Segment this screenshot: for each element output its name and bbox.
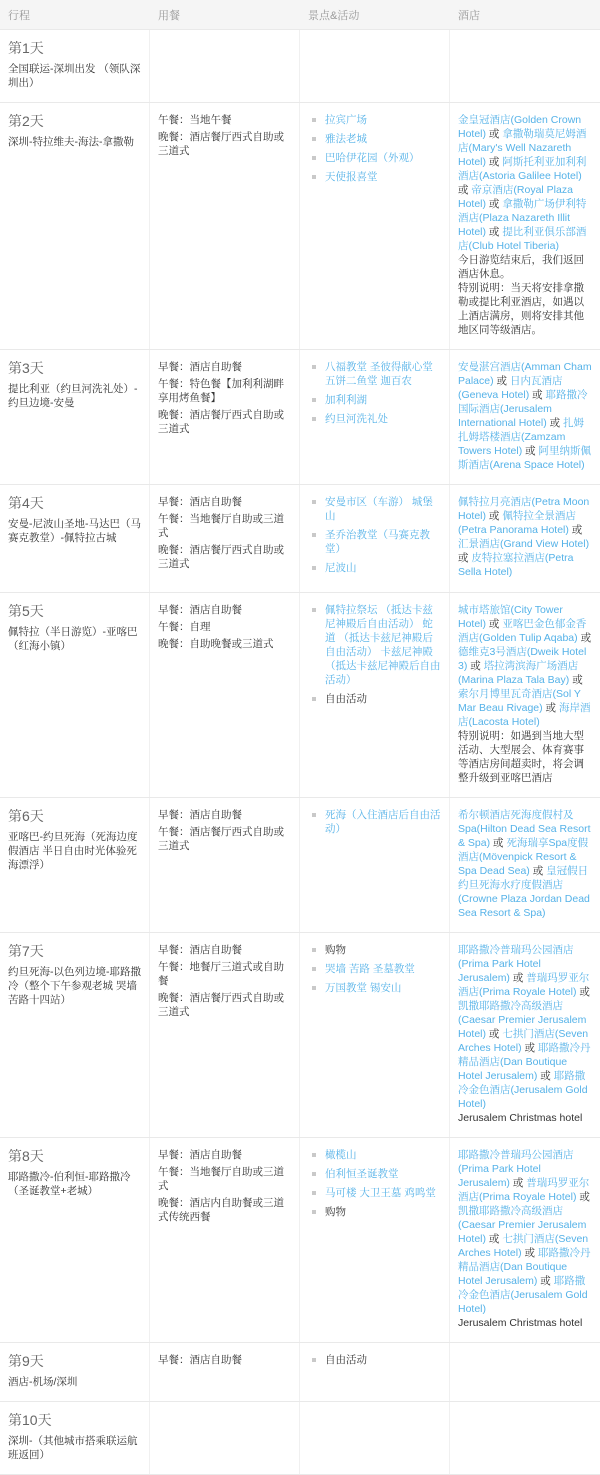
sight-link[interactable]: 哭墙 苦路 圣墓教堂 [325, 962, 441, 976]
sights-cell: 购物哭墙 苦路 圣墓教堂万国教堂 锡安山 [300, 933, 450, 1137]
itinerary-table: 行程 用餐 景点&活动 酒店 第1天 全国联运-深圳出发 （领队深圳出） 第2天… [0, 0, 600, 1475]
sights-cell [300, 30, 450, 102]
meal-line: 午餐：当地餐厅自助或三道式 [158, 512, 291, 540]
sight-link[interactable]: 死海（入住酒店后自由活动） [325, 808, 441, 836]
day-route: 深圳-（其他城市搭乘联运航班返回） [8, 1434, 141, 1462]
bullet-square-icon [312, 1172, 316, 1176]
sights-cell [300, 1402, 450, 1474]
hotel-text: 或 [458, 552, 471, 564]
bullet-square-icon [312, 697, 316, 701]
meals-cell: 早餐：酒店自助餐午餐：当地餐厅自助或三道式晚餐：酒店餐厅西式自助或三道式 [150, 485, 300, 592]
sight-text: 自由活动 [325, 692, 441, 706]
sight-item: 自由活动 [308, 692, 441, 706]
itinerary-day-row: 第10天 深圳-（其他城市搭乘联运航班返回） [0, 1402, 600, 1474]
sight-link[interactable]: 雅法老城 [325, 132, 441, 146]
day-label: 第9天 [8, 1354, 141, 1368]
bullet-square-icon [312, 986, 316, 990]
hotel-text: Jerusalem Christmas hotel [458, 1112, 582, 1124]
hotel-text: 特别说明：如遇到当地大型活动、大型展会、体育赛事等酒店房间超卖时，将会调整升级到… [458, 730, 584, 784]
sight-item: 伯利恒圣诞教堂 [308, 1167, 441, 1181]
sight-item: 万国教堂 锡安山 [308, 981, 441, 995]
day-route: 佩特拉（半日游览）-亚喀巴（红海小镇） [8, 625, 141, 653]
meal-line: 晚餐：酒店餐厅西式自助或三道式 [158, 991, 291, 1019]
itinerary-day-row: 第5天 佩特拉（半日游览）-亚喀巴（红海小镇） 早餐：酒店自助餐午餐：自理晚餐：… [0, 593, 600, 798]
sight-item: 加利利湖 [308, 393, 441, 407]
hotel-text: 或 [486, 198, 502, 210]
hotel-text: 或 [486, 1028, 502, 1040]
itinerary-cell: 第7天 约旦死海-以色列边境-耶路撒冷（整个下午参观老城 哭墙 苦路十四站） [0, 933, 150, 1137]
sight-item: 拉宾广场 [308, 113, 441, 127]
meal-line: 午餐：自理 [158, 620, 291, 634]
meal-line: 午餐：当地午餐 [158, 113, 291, 127]
day-label: 第3天 [8, 361, 141, 375]
meal-line: 早餐：酒店自助餐 [158, 1148, 291, 1162]
bullet-square-icon [312, 175, 316, 179]
itinerary-day-row: 第8天 耶路撒冷-伯利恒-耶路撒冷（圣诞教堂+老城） 早餐：酒店自助餐午餐：当地… [0, 1138, 600, 1343]
sight-item: 橄榄山 [308, 1148, 441, 1162]
bullet-square-icon [312, 566, 316, 570]
bullet-square-icon [312, 1358, 316, 1362]
sight-link[interactable]: 拉宾广场 [325, 113, 441, 127]
sight-item: 雅法老城 [308, 132, 441, 146]
sights-cell: 八福教堂 圣彼得献心堂 五饼二鱼堂 迦百农加利利湖约旦河洗礼处 [300, 350, 450, 484]
sight-link[interactable]: 安曼市区（车游） 城堡山 [325, 495, 441, 523]
meal-line: 晚餐：自助晚餐或三道式 [158, 637, 291, 651]
day-label: 第4天 [8, 496, 141, 510]
meal-line: 午餐：当地餐厅自助或三道式 [158, 1165, 291, 1193]
hotel-text: 或 [486, 510, 502, 522]
itinerary-rows: 第1天 全国联运-深圳出发 （领队深圳出） 第2天 深圳-特拉维夫-海法-拿撒勒… [0, 30, 600, 1474]
hotel-text: 或 [530, 865, 546, 877]
hotel-cell [450, 30, 600, 102]
hotel-cell: 耶路撒冷普瑞玛公园酒店(Prima Park Hotel Jerusalem) … [450, 933, 600, 1137]
sight-text: 购物 [325, 943, 441, 957]
sight-link[interactable]: 伯利恒圣诞教堂 [325, 1167, 441, 1181]
hotel-text: 或 [490, 837, 506, 849]
sight-item: 死海（入住酒店后自由活动） [308, 808, 441, 836]
hotel-text: 或 [510, 1177, 526, 1189]
itinerary-day-row: 第1天 全国联运-深圳出发 （领队深圳出） [0, 30, 600, 103]
bullet-square-icon [312, 813, 316, 817]
hotel-text: 或 [458, 184, 471, 196]
sight-item: 哭墙 苦路 圣墓教堂 [308, 962, 441, 976]
sight-link[interactable]: 万国教堂 锡安山 [325, 981, 441, 995]
sight-text: 购物 [325, 1205, 441, 1219]
itinerary-day-row: 第6天 亚喀巴-约旦死海（死海边度假酒店 半日自由时光体验死海漂浮） 早餐：酒店… [0, 798, 600, 933]
bullet-square-icon [312, 417, 316, 421]
sight-link[interactable]: 橄榄山 [325, 1148, 441, 1162]
sight-item: 八福教堂 圣彼得献心堂 五饼二鱼堂 迦百农 [308, 360, 441, 388]
day-label: 第2天 [8, 114, 141, 128]
itinerary-day-row: 第3天 提比利亚（约旦河洗礼处）-约旦边境-安曼 早餐：酒店自助餐午餐：特色餐【… [0, 350, 600, 485]
meals-cell [150, 1402, 300, 1474]
day-route: 耶路撒冷-伯利恒-耶路撒冷（圣诞教堂+老城） [8, 1170, 141, 1198]
meal-line: 午餐：酒店餐厅西式自助或三道式 [158, 825, 291, 853]
meal-line: 早餐：酒店自助餐 [158, 603, 291, 617]
itinerary-cell: 第5天 佩特拉（半日游览）-亚喀巴（红海小镇） [0, 593, 150, 797]
hotel-link[interactable]: 皮特拉塞拉酒店(Petra Sella Hotel) [458, 552, 574, 578]
itinerary-day-row: 第7天 约旦死海-以色列边境-耶路撒冷（整个下午参观老城 哭墙 苦路十四站） 早… [0, 933, 600, 1138]
itinerary-cell: 第1天 全国联运-深圳出发 （领队深圳出） [0, 30, 150, 102]
sight-link[interactable]: 圣乔治教堂（马赛克教堂） [325, 528, 441, 556]
sight-item: 巴哈伊花园（外观） [308, 151, 441, 165]
column-header-sights: 景点&活动 [300, 7, 450, 23]
itinerary-cell: 第6天 亚喀巴-约旦死海（死海边度假酒店 半日自由时光体验死海漂浮） [0, 798, 150, 932]
bullet-square-icon [312, 533, 316, 537]
sight-text: 自由活动 [325, 1353, 441, 1367]
itinerary-cell: 第3天 提比利亚（约旦河洗礼处）-约旦边境-安曼 [0, 350, 150, 484]
meals-cell: 早餐：酒店自助餐午餐：自理晚餐：自助晚餐或三道式 [150, 593, 300, 797]
meals-cell: 早餐：酒店自助餐午餐：酒店餐厅西式自助或三道式 [150, 798, 300, 932]
hotel-text: 或 [569, 674, 582, 686]
day-label: 第1天 [8, 41, 141, 55]
bullet-square-icon [312, 137, 316, 141]
sight-link[interactable]: 佩特拉祭坛 （抵达卡兹尼神殿后自由活动） 蛇道 （抵达卡兹尼神殿后自由活动） 卡… [325, 603, 441, 687]
meal-line: 晚餐：酒店餐厅西式自助或三道式 [158, 408, 291, 436]
itinerary-cell: 第9天 酒店-机场/深圳 [0, 1343, 150, 1401]
meals-cell: 早餐：酒店自助餐午餐：当地餐厅自助或三道式晚餐：酒店内自助餐或三道式传统西餐 [150, 1138, 300, 1342]
day-label: 第7天 [8, 944, 141, 958]
itinerary-cell: 第10天 深圳-（其他城市搭乘联运航班返回） [0, 1402, 150, 1474]
column-header-itinerary: 行程 [0, 7, 150, 23]
meal-line: 早餐：酒店自助餐 [158, 808, 291, 822]
itinerary-cell: 第8天 耶路撒冷-伯利恒-耶路撒冷（圣诞教堂+老城） [0, 1138, 150, 1342]
hotel-text: 或 [569, 524, 582, 536]
table-header-row: 行程 用餐 景点&活动 酒店 [0, 0, 600, 30]
bullet-square-icon [312, 398, 316, 402]
bullet-square-icon [312, 500, 316, 504]
sight-item: 佩特拉祭坛 （抵达卡兹尼神殿后自由活动） 蛇道 （抵达卡兹尼神殿后自由活动） 卡… [308, 603, 441, 687]
sight-link[interactable]: 巴哈伊花园（外观） [325, 151, 441, 165]
meal-line: 早餐：酒店自助餐 [158, 1353, 291, 1367]
bullet-square-icon [312, 1153, 316, 1157]
hotel-text: 或 [547, 417, 563, 429]
hotel-text: 或 [522, 1247, 538, 1259]
bullet-square-icon [312, 1191, 316, 1195]
hotel-cell: 耶路撒冷普瑞玛公园酒店(Prima Park Hotel Jerusalem) … [450, 1138, 600, 1342]
sight-item: 圣乔治教堂（马赛克教堂） [308, 528, 441, 556]
sight-link[interactable]: 加利利湖 [325, 393, 441, 407]
meal-line: 早餐：酒店自助餐 [158, 495, 291, 509]
itinerary-day-row: 第9天 酒店-机场/深圳 早餐：酒店自助餐 自由活动 [0, 1343, 600, 1402]
hotel-text: 或 [529, 389, 545, 401]
hotel-text: 或 [486, 1233, 502, 1245]
hotel-text: 或 [537, 1070, 553, 1082]
hotel-text: 或 [537, 1275, 553, 1287]
day-label: 第8天 [8, 1149, 141, 1163]
sight-item: 约旦河洗礼处 [308, 412, 441, 426]
hotel-link[interactable]: 汇景酒店(Grand View Hotel) [458, 538, 589, 550]
sight-item: 自由活动 [308, 1353, 441, 1367]
sights-cell: 佩特拉祭坛 （抵达卡兹尼神殿后自由活动） 蛇道 （抵达卡兹尼神殿后自由活动） 卡… [300, 593, 450, 797]
meal-line: 午餐：特色餐【加利利湖畔享用烤鱼餐】 [158, 377, 291, 405]
hotel-cell: 城市塔旅馆(City Tower Hotel) 或 亚喀巴金色郁金香酒店(Gol… [450, 593, 600, 797]
itinerary-day-row: 第2天 深圳-特拉维夫-海法-拿撒勒 午餐：当地午餐晚餐：酒店餐厅西式自助或三道… [0, 103, 600, 350]
bullet-square-icon [312, 948, 316, 952]
hotel-text: 或 [576, 1191, 589, 1203]
hotel-cell: 安曼湛宫酒店(Amman Cham Palace) 或 日内瓦酒店(Geneva… [450, 350, 600, 484]
sight-item: 马可楼 大卫王墓 鸡鸣堂 [308, 1186, 441, 1200]
hotel-text: 或 [486, 618, 502, 630]
hotel-text: 或 [486, 156, 502, 168]
meals-cell [150, 30, 300, 102]
itinerary-cell: 第2天 深圳-特拉维夫-海法-拿撒勒 [0, 103, 150, 349]
hotel-cell [450, 1402, 600, 1474]
day-route: 提比利亚（约旦河洗礼处）-约旦边境-安曼 [8, 382, 141, 410]
hotel-text: 今日游览结束后，我们返回酒店休息。 特别说明：当天将安排拿撒勒或提比利亚酒店，如… [458, 254, 584, 336]
sight-item: 购物 [308, 1205, 441, 1219]
column-header-hotel: 酒店 [450, 7, 600, 23]
bullet-square-icon [312, 156, 316, 160]
meal-line: 晚餐：酒店餐厅西式自助或三道式 [158, 130, 291, 158]
meal-line: 早餐：酒店自助餐 [158, 943, 291, 957]
sight-link[interactable]: 尼波山 [325, 561, 441, 575]
meal-line: 晚餐：酒店餐厅西式自助或三道式 [158, 543, 291, 571]
meal-line: 早餐：酒店自助餐 [158, 360, 291, 374]
column-header-meals: 用餐 [150, 7, 300, 23]
hotel-cell [450, 1343, 600, 1401]
meals-cell: 早餐：酒店自助餐午餐：地餐厅三道式或自助餐晚餐：酒店餐厅西式自助或三道式 [150, 933, 300, 1137]
sight-item: 安曼市区（车游） 城堡山 [308, 495, 441, 523]
sight-link[interactable]: 八福教堂 圣彼得献心堂 五饼二鱼堂 迦百农 [325, 360, 441, 388]
itinerary-day-row: 第4天 安曼-尼波山圣地-马达巴（马赛克教堂）-佩特拉古城 早餐：酒店自助餐午餐… [0, 485, 600, 593]
sight-link[interactable]: 马可楼 大卫王墓 鸡鸣堂 [325, 1186, 441, 1200]
bullet-square-icon [312, 118, 316, 122]
sights-cell: 橄榄山伯利恒圣诞教堂马可楼 大卫王墓 鸡鸣堂购物 [300, 1138, 450, 1342]
hotel-text: 或 [494, 375, 510, 387]
hotel-cell: 希尔顿酒店死海度假村及Spa(Hilton Dead Sea Resort & … [450, 798, 600, 932]
sight-link[interactable]: 约旦河洗礼处 [325, 412, 441, 426]
meals-cell: 午餐：当地午餐晚餐：酒店餐厅西式自助或三道式 [150, 103, 300, 349]
bullet-square-icon [312, 1210, 316, 1214]
day-route: 亚喀巴-约旦死海（死海边度假酒店 半日自由时光体验死海漂浮） [8, 830, 141, 872]
day-label: 第6天 [8, 809, 141, 823]
meals-cell: 早餐：酒店自助餐午餐：特色餐【加利利湖畔享用烤鱼餐】晚餐：酒店餐厅西式自助或三道… [150, 350, 300, 484]
day-label: 第5天 [8, 604, 141, 618]
sight-item: 购物 [308, 943, 441, 957]
hotel-text: Jerusalem Christmas hotel [458, 1317, 582, 1329]
hotel-text: 或 [576, 986, 589, 998]
hotel-text: 或 [510, 972, 526, 984]
itinerary-cell: 第4天 安曼-尼波山圣地-马达巴（马赛克教堂）-佩特拉古城 [0, 485, 150, 592]
sight-link[interactable]: 天使报喜堂 [325, 170, 441, 184]
hotel-text: 或 [486, 128, 502, 140]
sights-cell: 安曼市区（车游） 城堡山圣乔治教堂（马赛克教堂）尼波山 [300, 485, 450, 592]
day-route: 安曼-尼波山圣地-马达巴（马赛克教堂）-佩特拉古城 [8, 517, 141, 545]
sights-cell: 死海（入住酒店后自由活动） [300, 798, 450, 932]
hotel-text: 或 [522, 1042, 538, 1054]
hotel-cell: 金皇冠酒店(Golden Crown Hotel) 或 拿撒勒瑞莫尼姆酒店(Ma… [450, 103, 600, 349]
sight-item: 尼波山 [308, 561, 441, 575]
day-label: 第10天 [8, 1413, 141, 1427]
day-route: 酒店-机场/深圳 [8, 1375, 141, 1389]
meal-line: 晚餐：酒店内自助餐或三道式传统西餐 [158, 1196, 291, 1224]
bullet-square-icon [312, 967, 316, 971]
bullet-square-icon [312, 365, 316, 369]
day-route: 深圳-特拉维夫-海法-拿撒勒 [8, 135, 141, 149]
day-route: 全国联运-深圳出发 （领队深圳出） [8, 62, 141, 90]
hotel-text: 或 [522, 445, 538, 457]
hotel-text: 或 [486, 226, 502, 238]
hotel-text: 或 [578, 632, 591, 644]
bullet-square-icon [312, 608, 316, 612]
meals-cell: 早餐：酒店自助餐 [150, 1343, 300, 1401]
sight-item: 天使报喜堂 [308, 170, 441, 184]
hotel-text: 或 [543, 702, 559, 714]
hotel-cell: 佩特拉月亮酒店(Petra Moon Hotel) 或 佩特拉全景酒店(Petr… [450, 485, 600, 592]
day-route: 约旦死海-以色列边境-耶路撒冷（整个下午参观老城 哭墙 苦路十四站） [8, 965, 141, 1007]
sights-cell: 自由活动 [300, 1343, 450, 1401]
hotel-text: 或 [467, 660, 483, 672]
meal-line: 午餐：地餐厅三道式或自助餐 [158, 960, 291, 988]
sights-cell: 拉宾广场雅法老城巴哈伊花园（外观）天使报喜堂 [300, 103, 450, 349]
